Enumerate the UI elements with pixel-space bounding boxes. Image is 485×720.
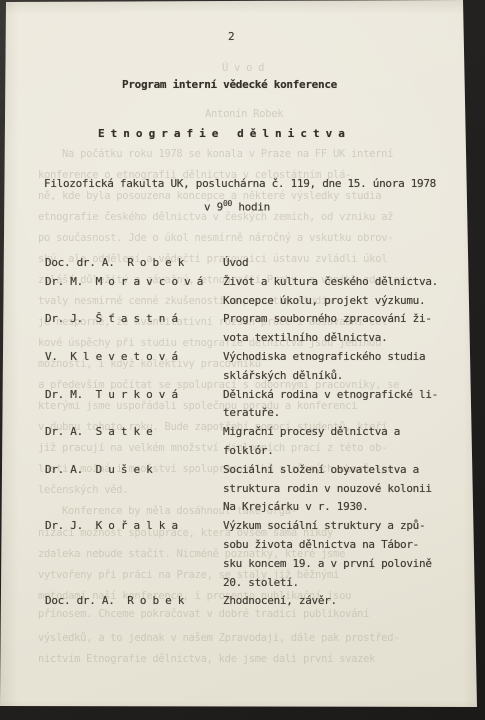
talk-topic: Výzkum sociální struktury a způ- sobu ži…	[223, 517, 471, 592]
program-row: Dr. J. K o ř a l k a Výzkum sociální str…	[45, 517, 471, 592]
document-subtitle: E t n o g r a f i e d ě l n i c t v a	[98, 127, 345, 140]
ghost-line: po současnost. Jde o úkol nesmírně nároč…	[38, 232, 393, 244]
talk-topic: Program souborného zpracování ži- vota t…	[223, 310, 471, 348]
talk-topic: Zhodnocení, závěr.	[223, 592, 471, 611]
speaker-name: Dr. A. D u š e k	[45, 461, 223, 480]
talk-topic: Dělnická rodina v etnografické li- terat…	[223, 386, 471, 424]
speaker-name: Doc. dr. A. R o b e k	[45, 254, 223, 273]
program-row: Dr. J. Š ť a s t n á Program souborného …	[45, 310, 471, 348]
document-title: Program interní vědecké konference	[122, 78, 337, 91]
speaker-name: Doc. dr. A. R o b e k	[45, 592, 223, 611]
time-suffix: hodin	[232, 201, 270, 214]
speaker-name: Dr. J. Š ť a s t n á	[45, 310, 223, 329]
talk-topic: Východiska etnografického studia sklářsk…	[223, 348, 471, 386]
scanned-page: Ú v o d Antonín Robek Na počátku roku 19…	[0, 0, 485, 720]
program-row: V. K l e v e t o v á Východiska etnograf…	[45, 348, 471, 386]
speaker-name: Dr. M. T u r k o v á	[45, 386, 223, 405]
talk-topic: Úvod	[223, 254, 471, 273]
speaker-name: Dr. M. M o r a v c o v á	[45, 273, 223, 292]
time-prefix: v 9	[204, 201, 223, 214]
talk-topic: Sociální složení obyvatelstva a struktur…	[223, 461, 471, 517]
speaker-name: V. K l e v e t o v á	[45, 348, 223, 367]
program-list: Doc. dr. A. R o b e k Úvod Dr. M. M o r …	[45, 254, 471, 611]
program-row: Dr. M. T u r k o v á Dělnická rodina v e…	[45, 386, 471, 424]
ghost-line: Na počátku roku 1978 se konala v Praze n…	[62, 148, 393, 160]
talk-topic: Migrační procesy dělnictva a folklór.	[223, 423, 471, 461]
page-number: 2	[228, 30, 234, 43]
ghost-line: Antonín Robek	[205, 108, 283, 120]
program-row: Doc. dr. A. R o b e k Úvod	[45, 254, 471, 273]
ghost-line: nictvím Etnografie dělnictva, kde jsme d…	[38, 653, 375, 665]
speaker-name: Dr. A. S a t k e	[45, 423, 223, 442]
program-row: Dr. A. S a t k e Migrační procesy dělnic…	[45, 423, 471, 461]
program-row: Doc. dr. A. R o b e k Zhodnocení, závěr.	[45, 592, 471, 611]
venue-line: Filozofická fakulta UK, posluchárna č. 1…	[44, 177, 436, 190]
speaker-name: Dr. J. K o ř a l k a	[45, 517, 223, 536]
ghost-line: Ú v o d	[222, 62, 264, 74]
time-superscript: 00	[223, 199, 232, 208]
talk-topic: Život a kultura českého dělnictva. Konce…	[223, 273, 471, 311]
time-line: v 900 hodin	[204, 199, 270, 214]
program-row: Dr. A. D u š e k Sociální složení obyvat…	[45, 461, 471, 517]
ghost-line: výsledků, a to jednak v našem Zpravodaji…	[38, 632, 399, 644]
program-row: Dr. M. M o r a v c o v á Život a kultura…	[45, 273, 471, 311]
